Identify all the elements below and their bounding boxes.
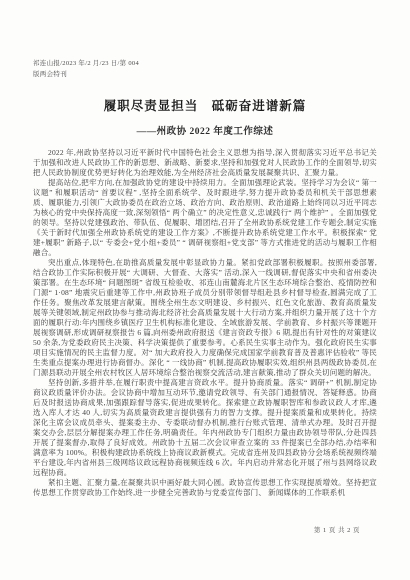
paragraph-intro: 2022 年,州政协坚持以习近平新时代中国特色社会主义思想为指导,深入贯彻落实习… [33, 148, 377, 178]
article-subtitle: ——州政协 2022 年度工作综述 [33, 123, 377, 137]
paragraph-key-work: 突出重点,体现特色,在助推高质量发展中彰显政协力量。紧扣党政部署积极履职。按照州… [33, 258, 377, 378]
masthead: 祁连山报/2023 年/2 月/23 日/第 004 版两会特刊 [33, 58, 377, 80]
page-number: 第 1 页 共 2 页 [314, 525, 360, 534]
document-page: 祁连山报/2023 年/2 月/23 日/第 004 版两会特刊 履职尽责显担当… [0, 0, 410, 580]
paragraph-consensus: 紧扣主题、汇聚力量,在凝聚共识中画好最大同心圆。政协宣传思想工作实现提质增效。坚… [33, 478, 377, 498]
paragraph-party-building: 提高站位,把牢方向,在加强政协党的建设中持续用力。全面加强理论武装。坚持学习为会… [33, 178, 377, 258]
paragraph-innovation: 坚持创新,多措并举,在履行职责中提高建言资政水平。提升协商质量。落实“ 调研+”… [33, 378, 377, 478]
masthead-line1: 祁连山报/2023 年/2 月/23 日/第 004 [33, 58, 377, 69]
article-body: 2022 年,州政协坚持以习近平新时代中国特色社会主义思想为指导,深入贯彻落实习… [33, 148, 377, 498]
masthead-line2: 版两会特刊 [33, 69, 377, 80]
article-title: 履职尽责显担当 砥砺奋进谱新篇 [33, 96, 377, 114]
